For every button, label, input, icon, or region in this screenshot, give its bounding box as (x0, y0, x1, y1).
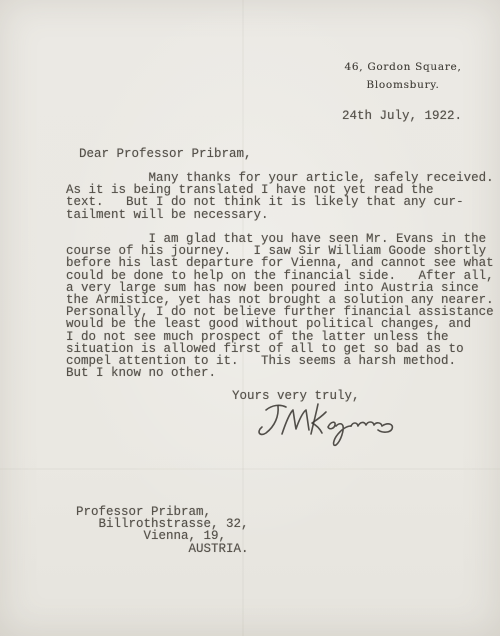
letter-page: 46, Gordon Square, Bloomsbury. 24th July… (0, 0, 500, 636)
paper-fold-horizontal (0, 468, 500, 470)
salutation: Dear Professor Pribram, (79, 148, 252, 160)
letterhead-district-line: Bloomsbury. (340, 79, 466, 91)
body-paragraph-1: Many thanks for your article, safely rec… (66, 172, 494, 221)
letterhead: 46, Gordon Square, Bloomsbury. (340, 61, 466, 91)
signature-ink-strokes (248, 398, 408, 458)
letterhead-address-line: 46, Gordon Square, (340, 61, 466, 73)
body-paragraph-2: I am glad that you have seen Mr. Evans i… (66, 233, 494, 379)
letter-date: 24th July, 1922. (342, 110, 462, 122)
handwritten-signature-jmkeynes (248, 398, 408, 458)
recipient-address-block: Professor Pribram, Billrothstrasse, 32, … (76, 506, 249, 555)
